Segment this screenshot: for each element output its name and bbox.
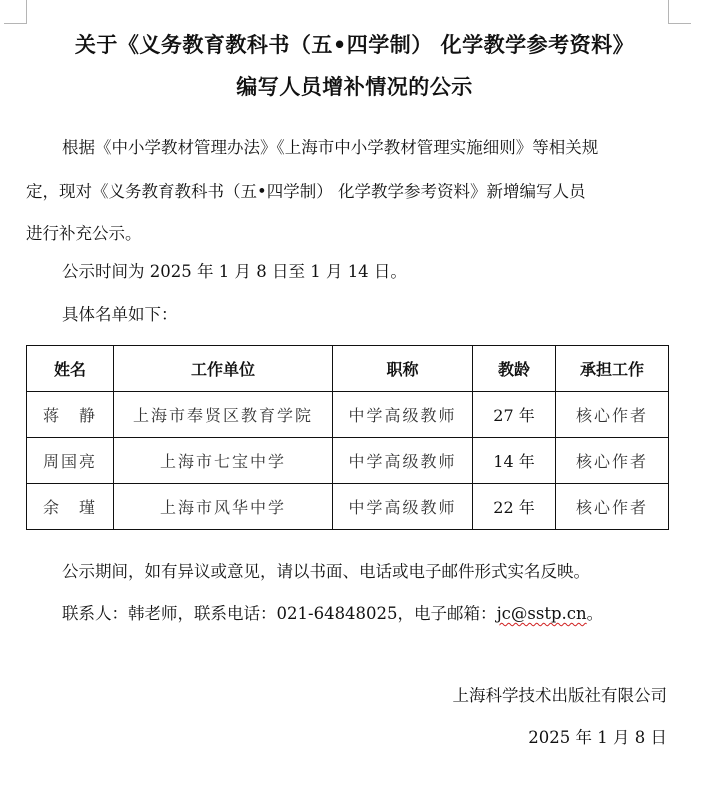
table-header-row: 姓名 工作单位 职称 教龄 承担工作 [27,346,669,392]
header-role: 承担工作 [556,346,669,392]
signature-organization: 上海科学技术出版社有限公司 [453,684,668,708]
page-corner-mark-left [4,0,27,24]
cell-unit: 上海市奉贤区教育学院 [114,392,333,438]
paragraph-objection: 公示期间，如有异议或意见，请以书面、电话或电子邮件形式实名反映。 [62,560,704,584]
table-row: 余 瑾 上海市风华中学 中学高级教师 22 年 核心作者 [27,484,669,530]
paragraph-basis-line3: 进行补充公示。 [26,222,668,246]
header-title: 职称 [333,346,473,392]
header-name: 姓名 [27,346,114,392]
cell-title: 中学高级教师 [333,484,473,530]
paragraph-contact: 联系人：韩老师，联系电话：021-64848025，电子邮箱：jc@sstp.c… [62,602,704,626]
contact-prefix: 联系人：韩老师，联系电话：021-64848025，电子邮箱： [62,604,497,623]
contact-suffix: 。 [587,604,604,623]
cell-unit: 上海市七宝中学 [114,438,333,484]
cell-role: 核心作者 [556,484,669,530]
document-title-line2: 编写人员增补情况的公示 [0,72,709,102]
paragraph-notice-period: 公示时间为 2025 年 1 月 8 日至 1 月 14 日。 [62,260,704,284]
contact-email-link[interactable]: jc@sstp.cn [497,604,587,623]
page-corner-mark-right [668,0,691,24]
cell-name: 蒋 静 [27,392,114,438]
cell-years: 27 年 [473,392,556,438]
cell-name: 余 瑾 [27,484,114,530]
document-title-line1: 关于《义务教育教科书（五•四学制） 化学教学参考资料》 [0,30,709,60]
cell-role: 核心作者 [556,438,669,484]
cell-title: 中学高级教师 [333,438,473,484]
table-row: 蒋 静 上海市奉贤区教育学院 中学高级教师 27 年 核心作者 [27,392,669,438]
cell-name: 周国亮 [27,438,114,484]
cell-years: 22 年 [473,484,556,530]
paragraph-basis-line2: 定，现对《义务教育教科书（五•四学制） 化学教学参考资料》新增编写人员 [26,180,668,204]
cell-title: 中学高级教师 [333,392,473,438]
paragraph-list-intro: 具体名单如下： [62,303,704,327]
cell-role: 核心作者 [556,392,669,438]
paragraph-basis-line1: 根据《中小学教材管理办法》《上海市中小学教材管理实施细则》等相关规 [62,136,704,160]
table-row: 周国亮 上海市七宝中学 中学高级教师 14 年 核心作者 [27,438,669,484]
header-unit: 工作单位 [114,346,333,392]
header-years: 教龄 [473,346,556,392]
cell-unit: 上海市风华中学 [114,484,333,530]
personnel-table: 姓名 工作单位 职称 教龄 承担工作 蒋 静 上海市奉贤区教育学院 中学高级教师… [26,345,669,530]
signature-date: 2025 年 1 月 8 日 [528,726,667,750]
cell-years: 14 年 [473,438,556,484]
